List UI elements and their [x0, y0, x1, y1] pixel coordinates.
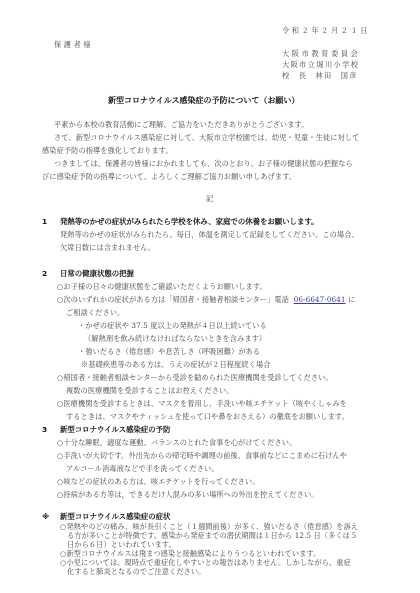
intro-line: 平素から本校の教育活動にご理解、ご協力をいただきありがとうございます。: [54, 120, 309, 130]
section-2-line: ○お子様の日々の健康状態をご確認いただくようお願いします。: [57, 282, 267, 292]
section-number: 1: [42, 217, 60, 226]
sender-school: 大阪市立堀川小学校: [282, 60, 359, 70]
section-3-heading: 3新型コロナウイルス感染症の予防: [42, 424, 170, 435]
section-3-line: ○持病がある方等は，できるだけ人混みの多い場所への外出を控えてください。: [57, 490, 318, 500]
section-2-heading: 2日常の健康状態の把握: [42, 268, 134, 279]
section-3-line: ○十分な睡眠、適度な運動、バランスのとれた食事を心がけてください。: [57, 438, 296, 448]
section-3-line: ○手洗いが大切です。外出先からの帰宅時や調理の前後、食事前などにこまめに石けんや: [57, 451, 347, 461]
note-line: る方が多いことが特徴です。感染から発症までの潜伏期間は１日から 12.5 日（多…: [67, 531, 357, 540]
symptom-note: （解熱剤を飲み続けなければならないときを含みます）: [84, 334, 266, 344]
section-2-line: ○帰国者・接触者相談センターから受診を勧められた医療機関を受診してください。: [57, 373, 333, 383]
section-2-line: するときは、マスクやティッシュを使って口や鼻をおさえる）の徹底をお願いします。: [66, 412, 349, 422]
note-line: 化すると肺炎となるのでご注意ください。: [67, 567, 205, 576]
note-line: ○発熱やのどの痛み、咳が長引くこと（１週間前後）が多く、強いだるさ（倦怠感）を訴…: [60, 522, 358, 531]
ki-mark: 記: [206, 194, 213, 204]
note-heading: ※新型コロナウイルス感染症の症状: [42, 511, 170, 522]
intro-line: つきましては、保護者の皆様におかれましても、次のとおり、お子様の健康状態の把握な…: [54, 159, 353, 169]
note-mark: ※: [42, 512, 60, 521]
date: 令和２年２月２１日: [282, 26, 370, 36]
section-title: 新型コロナウイルス感染症の予防: [60, 425, 170, 434]
section-3-line: ○咳などの症状のある方は、咳エチケットを行ってください。: [57, 477, 260, 487]
sender-org: 大阪市教育委員会: [282, 49, 360, 59]
section-1-line: 発熱等のかぜの症状がみられたら、毎日，体温を測定して記録をしてください。この場合…: [60, 230, 359, 240]
section-2-line: ○次のいずれかの症状がある方は「帰国者・接触者相談センター」電話 06-6647…: [57, 295, 355, 305]
section-title: 発熱等のかぜの症状がみられたら学校を休み、家庭での休養をお願いします。: [60, 217, 319, 226]
symptom-item: ・強いだるさ（倦怠感）や息苦しさ（呼吸困難）がある: [78, 347, 260, 357]
section-title: 日常の健康状態の把握: [60, 269, 134, 278]
section-2-line: 複数の医療機関を受診することはお控えください。: [66, 386, 234, 396]
sender-principal: 校 長 林田 国彦: [282, 71, 358, 81]
contact-text: ○次のいずれかの症状がある方は「帰国者・接触者相談センター」電話: [57, 295, 289, 304]
note-title: 新型コロナウイルス感染症の症状: [60, 512, 170, 521]
contact-suffix: に: [348, 295, 355, 304]
section-1-heading: 1発熱等のかぜの症状がみられたら学校を休み、家庭での休養をお願いします。: [42, 216, 319, 227]
section-number: 3: [42, 425, 60, 434]
symptom-item: ・かぜの症状や 37.5 度以上の発熱が４日以上続いている: [78, 321, 267, 331]
document-title: 新型コロナウイルス感染症の予防について（お願い）: [108, 95, 299, 106]
phone-link[interactable]: 06-6647-0641: [294, 295, 346, 304]
intro-line: びに感染症予防の指導について、よろしくご理解ご協力お願い申しあげます。: [42, 172, 296, 182]
section-2-line: ご相談ください。: [66, 308, 124, 318]
note-line: ○新型コロナウイルスは飛まつ感染と接触感染によりうつるといわれています。: [60, 549, 320, 558]
addressee: 保護者様: [54, 40, 93, 50]
note-line: ○小児については、現時点で重症化しやすいとの報告はありません。しかしながら、重症: [60, 558, 351, 567]
section-3-line: アルコール消毒液などで手を洗ってください。: [66, 464, 219, 474]
section-2-line: ○医療機関を受診するときは、マスクを着用し、手洗いや咳エチケット（咳やくしゃみを: [57, 399, 347, 409]
section-number: 2: [42, 269, 60, 278]
note-line: 日から６日）といわれています。: [67, 540, 176, 549]
symptom-note: ※基礎疾患等のある方は、うえの症状が２日程度続く場合: [81, 360, 270, 370]
section-1-line: 欠席日数には含まれません。: [60, 243, 155, 253]
intro-line: 感染症予防の指導を強化しております。: [42, 146, 173, 156]
intro-line: さて、新型コロナウイルス感染症に対して、大阪市立学校園では、幼児・児童・生徒に対…: [54, 133, 359, 143]
